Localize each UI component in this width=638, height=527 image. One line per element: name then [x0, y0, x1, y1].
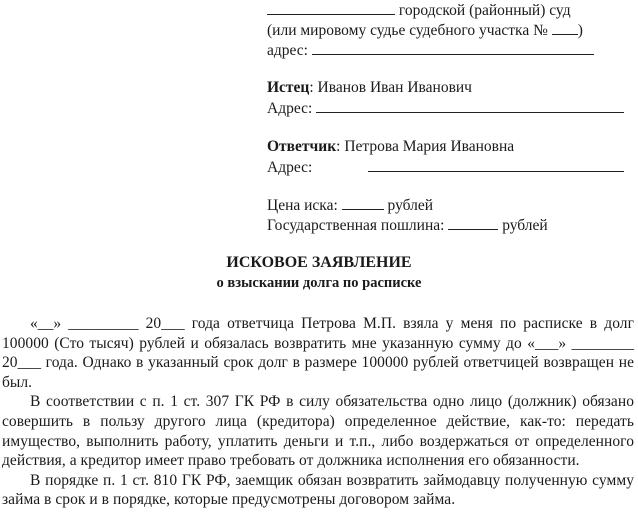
court-address-blank[interactable] — [312, 40, 594, 55]
plaintiff-label: Истец — [267, 79, 309, 96]
court-alt-text: (или мировому судье судебного участка № — [267, 22, 548, 39]
claim-price-unit: рублей — [388, 197, 434, 214]
plaintiff-line: Истец: Иванов Иван Иванович — [267, 78, 472, 98]
defendant-name: : Петрова Мария Ивановна — [336, 138, 514, 155]
defendant-address-blank[interactable] — [368, 157, 624, 172]
plaintiff-address-line: Адрес: — [267, 98, 624, 119]
court-suffix: городской (районный) суд — [399, 2, 571, 19]
claim-price-line: Цена иска: рублей — [267, 195, 433, 216]
plaintiff-address-label: Адрес: — [267, 100, 312, 117]
document-body: «__» _________ 20___ года ответчица Петр… — [2, 314, 634, 510]
court-alt-line: (или мировому судье судебного участка № … — [267, 20, 583, 41]
district-number-blank[interactable] — [552, 20, 578, 35]
court-address-label: адрес: — [267, 42, 308, 59]
paragraph-debt-facts: «__» _________ 20___ года ответчица Петр… — [2, 314, 634, 392]
duty-blank[interactable] — [448, 215, 498, 230]
document-title: ИСКОВОЕ ЗАЯВЛЕНИЕ — [0, 254, 638, 272]
defendant-label: Ответчик — [267, 138, 336, 155]
defendant-address-label: Адрес: — [267, 159, 312, 176]
document-subtitle: о взыскании долга по расписке — [0, 275, 638, 292]
duty-line: Государственная пошлина: рублей — [267, 215, 548, 236]
court-name-blank[interactable] — [267, 0, 395, 15]
plaintiff-name: : Иванов Иван Иванович — [309, 79, 472, 96]
court-address-line: адрес: — [267, 40, 594, 61]
duty-label: Государственная пошлина: — [267, 217, 444, 234]
defendant-address-line: Адрес: — [267, 157, 624, 178]
defendant-line: Ответчик: Петрова Мария Ивановна — [267, 137, 514, 157]
court-line: городской (районный) суд — [267, 0, 571, 21]
paragraph-article-307: В соответствии с п. 1 ст. 307 ГК РФ в си… — [2, 392, 634, 470]
plaintiff-address-blank[interactable] — [316, 98, 624, 113]
court-alt-close: ) — [578, 22, 583, 39]
paragraph-article-810: В порядке п. 1 ст. 810 ГК РФ, заемщик об… — [2, 471, 634, 510]
duty-unit: рублей — [502, 217, 548, 234]
claim-price-blank[interactable] — [342, 195, 384, 210]
claim-price-label: Цена иска: — [267, 197, 338, 214]
